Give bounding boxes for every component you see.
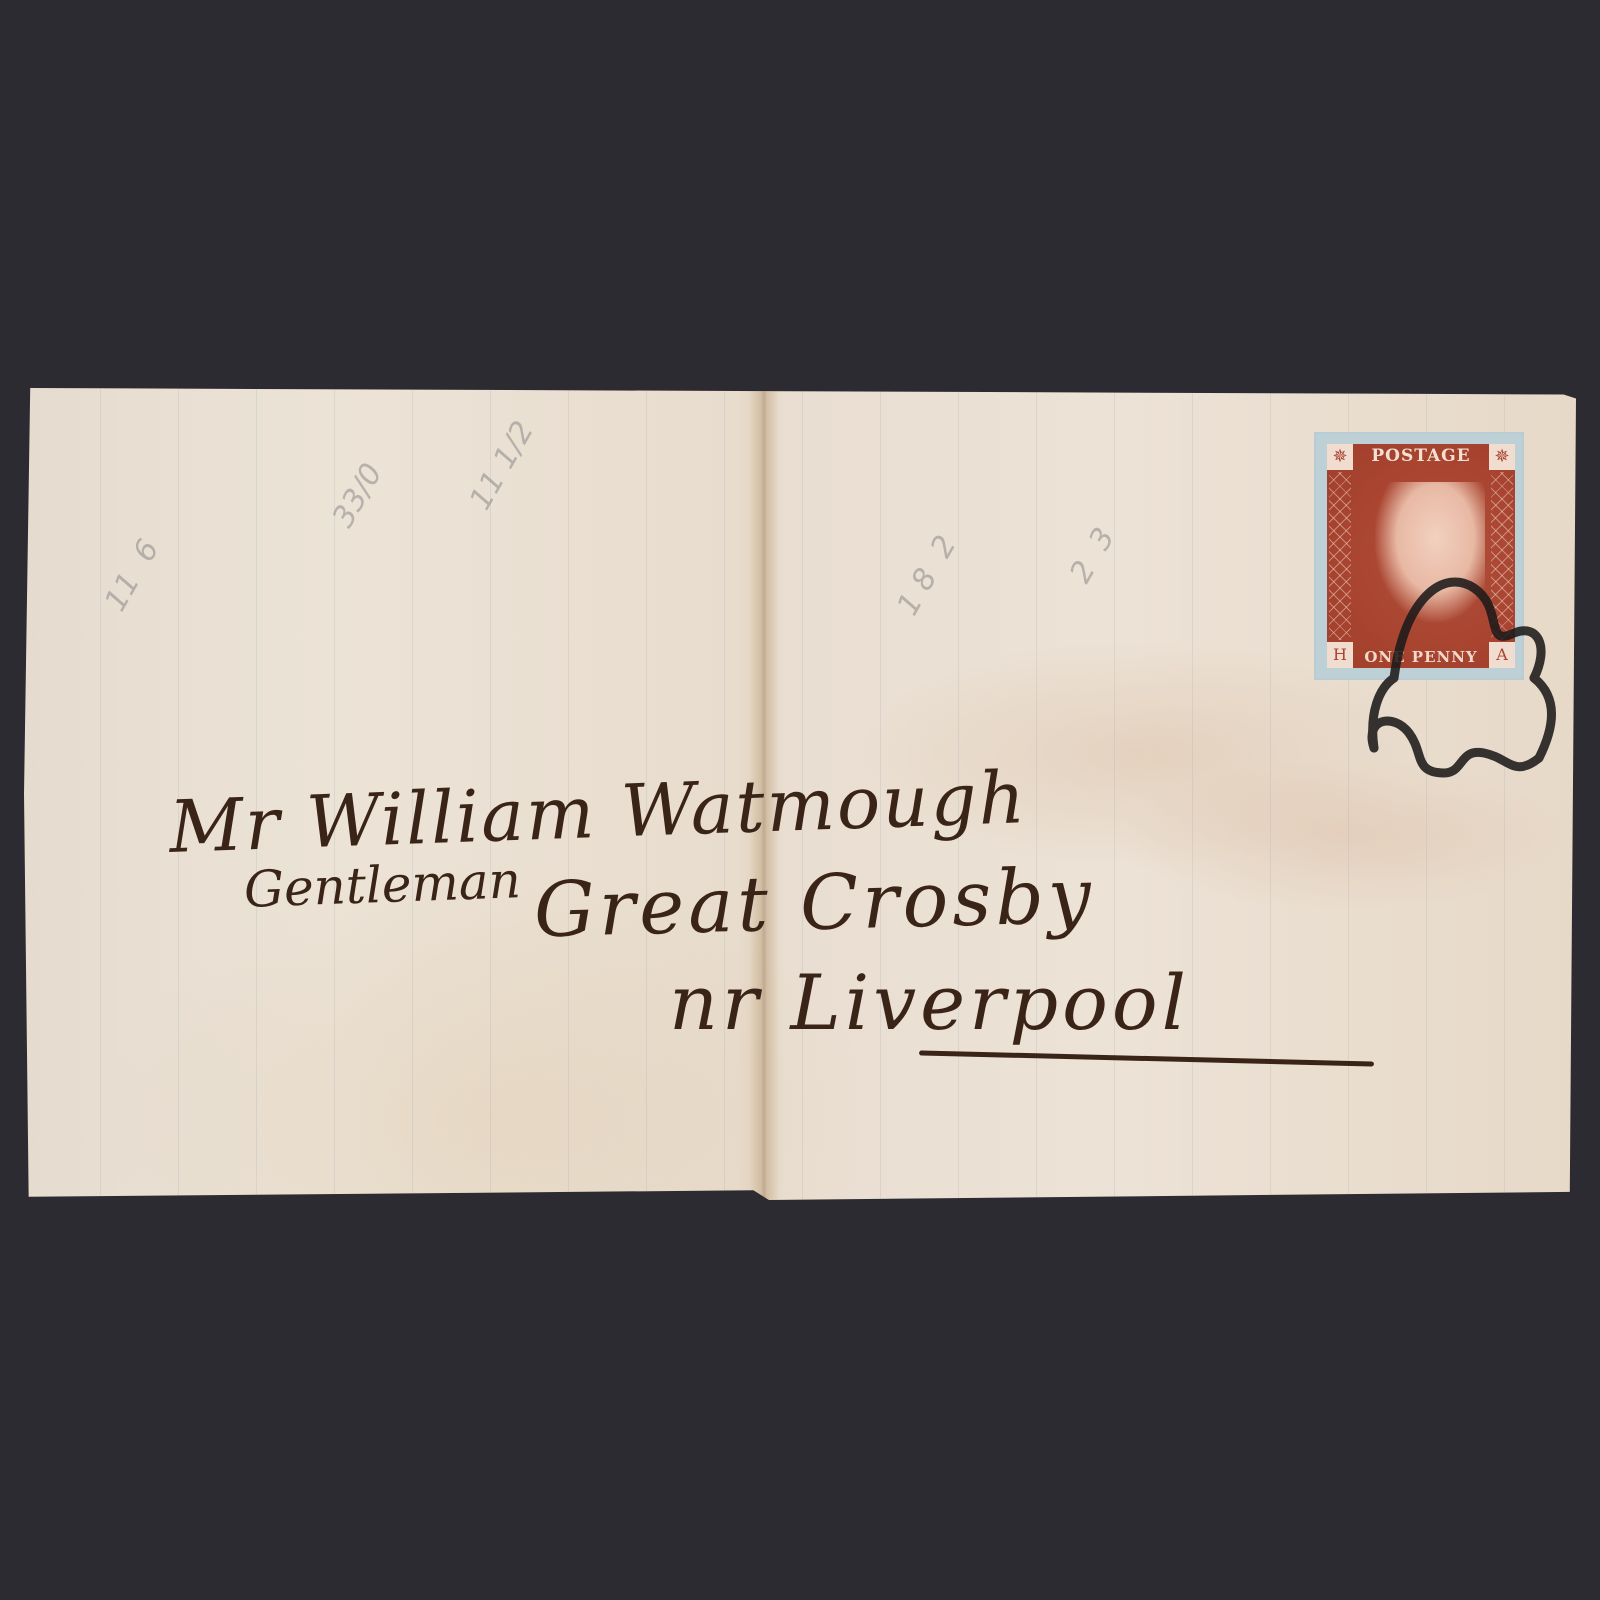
- postal-cover: 11 6 33/0 11 1/2 1 8 2 2 3 ✵ ✵ POSTAGE O…: [24, 388, 1576, 1200]
- address-title: Gentleman: [243, 851, 522, 919]
- address-city: nr Liverpool: [669, 958, 1190, 1047]
- star-corner-icon: ✵: [1489, 444, 1515, 470]
- address-town: Great Crosby: [533, 851, 1096, 955]
- star-corner-icon: ✵: [1327, 444, 1353, 470]
- maltese-cross-cancel-icon: [1334, 538, 1574, 788]
- stamp-top-label: POSTAGE: [1357, 446, 1485, 466]
